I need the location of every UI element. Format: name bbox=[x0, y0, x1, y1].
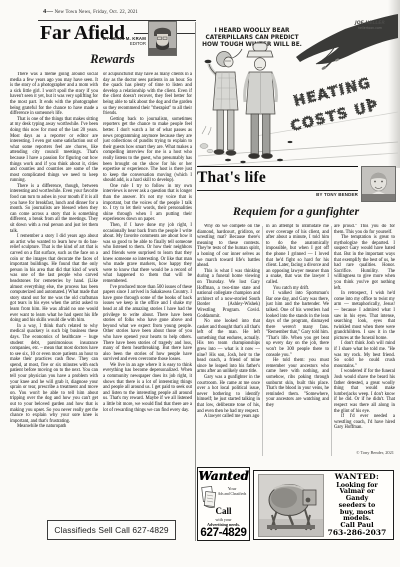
thats-life-column-1: Why do we compete on the diamond, hardco… bbox=[197, 224, 260, 461]
article-paragraph: Meanwhile the naturopath bbox=[10, 424, 98, 430]
article-paragraph: I wondered if for the funeral Josh would… bbox=[334, 369, 395, 414]
editor-photo-illustration bbox=[149, 22, 176, 55]
article-paragraph: He told them: you must remember your anc… bbox=[266, 358, 329, 408]
article-paragraph: We live in an age where it is easy to th… bbox=[103, 363, 192, 413]
article-paragraph: Gary was a gunfighter in the courtroom. … bbox=[197, 375, 260, 414]
house-ad-call: Call bbox=[198, 506, 249, 516]
thats-life-column-3: are proud." This you do for them. This y… bbox=[334, 224, 395, 448]
article-paragraph: In retrospect, I wish he'd come into my … bbox=[334, 291, 395, 341]
article-paragraph: No one looked into that casket and thoug… bbox=[197, 319, 260, 375]
thats-life-byline: BY TONY BENDER bbox=[258, 192, 358, 197]
seeder-photo-illustration bbox=[259, 475, 323, 536]
house-ad-title: Wanted bbox=[198, 469, 249, 483]
article-paragraph: I don't think Josh will mind if I share … bbox=[334, 341, 395, 369]
seeder-photo bbox=[258, 474, 324, 537]
far-afield-byline: BY JERRI M. KRAM EDITOR bbox=[70, 36, 146, 47]
thats-life-headline: Requiem for a gunfighter bbox=[197, 204, 395, 219]
header-rule-left bbox=[134, 33, 148, 34]
article-paragraph: Then, if I have done my job right, I occ… bbox=[103, 223, 192, 285]
cartoonist-website: hellertoon.com bbox=[358, 26, 382, 30]
far-afield-column-1: There was a meme going around social med… bbox=[10, 72, 98, 509]
svg-text:CATERPILLARS CAN PREDICT: CATERPILLARS CAN PREDICT bbox=[205, 35, 298, 41]
house-ad-wanted: Wanted Your Ads and Classifieds Call wit… bbox=[197, 467, 250, 541]
article-paragraph: One rule I try to follow in my own inter… bbox=[103, 184, 192, 223]
article-paragraph: A lawyer called me years ago bbox=[197, 414, 260, 420]
article-paragraph: This is what I was thinking during a fun… bbox=[197, 269, 260, 319]
far-afield-column-2: or acupuncturist may have as many client… bbox=[103, 72, 192, 509]
classifieds-banner-text: Classifieds Sell Call 627-4829 bbox=[54, 525, 168, 535]
article-paragraph: or acupuncturist may have as many client… bbox=[103, 72, 192, 117]
svg-text:I HEARD WOOLLY BEAR: I HEARD WOOLLY BEAR bbox=[214, 28, 290, 34]
seeder-classified-ad: WANTED: Looking for Valmar or Gandy seed… bbox=[253, 470, 394, 540]
man-figure bbox=[244, 43, 276, 159]
article-paragraph: Getting back to journalism, sometimes re… bbox=[103, 117, 192, 184]
classifieds-banner: Classifieds Sell Call 627-4829 bbox=[47, 520, 176, 540]
article-paragraph: Why do we compete on the diamond, hardco… bbox=[197, 224, 260, 269]
header-rule-right bbox=[176, 33, 196, 34]
caterpillar-icon bbox=[204, 60, 211, 63]
article-paragraph: The temptation is great to mythologize t… bbox=[334, 235, 395, 291]
house-ad-line: Your bbox=[217, 486, 247, 491]
columnist-photo-illustration bbox=[362, 167, 395, 201]
column-rule bbox=[262, 226, 263, 456]
thats-life-column-2: in an attempt to intimidate me over cove… bbox=[266, 224, 329, 461]
bucket-hat-icon bbox=[247, 51, 273, 57]
columnist-photo bbox=[361, 166, 396, 202]
article-paragraph: There was a meme going around social med… bbox=[10, 72, 98, 117]
byline-role: EDITOR bbox=[70, 41, 146, 46]
column-credit: © Tony Bender, 2021 bbox=[295, 450, 394, 455]
article-paragraph: I remember a story I did years ago about… bbox=[10, 234, 98, 324]
masthead: 4— New Town News, Friday, Oct. 22, 2021 bbox=[43, 8, 138, 15]
woman-figure bbox=[204, 52, 237, 156]
house-ad-line: Ads and Classifieds bbox=[216, 492, 248, 496]
article-paragraph: I walked into Sportsman's Bar one day, a… bbox=[266, 291, 329, 358]
page-number: 4— bbox=[43, 8, 53, 15]
thats-life-bottom-rule bbox=[197, 190, 358, 191]
article-paragraph: In a way, I think that's related to why … bbox=[10, 324, 98, 425]
article-paragraph: I've produced more than 500 issues of th… bbox=[103, 285, 192, 363]
svg-text:HOW TOUGH WINTER WILL BE.: HOW TOUGH WINTER WILL BE. bbox=[202, 42, 302, 48]
newspaper-page: 4— New Town News, Friday, Oct. 22, 2021 … bbox=[0, 0, 400, 567]
editorial-cartoon: JOE HELLER hellertoon.com I HEARD WOOLLY… bbox=[198, 14, 398, 166]
masthead-title-date: New Town News, Friday, Oct. 22, 2021 bbox=[55, 10, 138, 15]
article-paragraph: If I'd ever needed a wrestling coach, I'… bbox=[334, 414, 395, 431]
editor-photo bbox=[148, 21, 177, 56]
house-ad-phone: 627-4829 bbox=[198, 527, 249, 539]
far-afield-headline: Rewards bbox=[50, 52, 175, 67]
section-divider bbox=[195, 22, 196, 541]
article-paragraph: in an attempt to intimidate me over cove… bbox=[266, 224, 329, 286]
column-rule bbox=[331, 226, 332, 456]
seeder-ad-text: WANTED: Looking for Valmar or Gandy seed… bbox=[324, 473, 390, 537]
seeder-ad-phone: 763-286-2037 bbox=[324, 529, 390, 537]
thats-life-title: That's life bbox=[197, 169, 266, 187]
article-paragraph: That is one of the things that makes sit… bbox=[10, 117, 98, 184]
article-paragraph: are proud." This you do for them. This y… bbox=[334, 224, 395, 235]
article-paragraph: There is a difference, though, between i… bbox=[10, 184, 98, 234]
thats-life-top-rule bbox=[197, 166, 358, 167]
